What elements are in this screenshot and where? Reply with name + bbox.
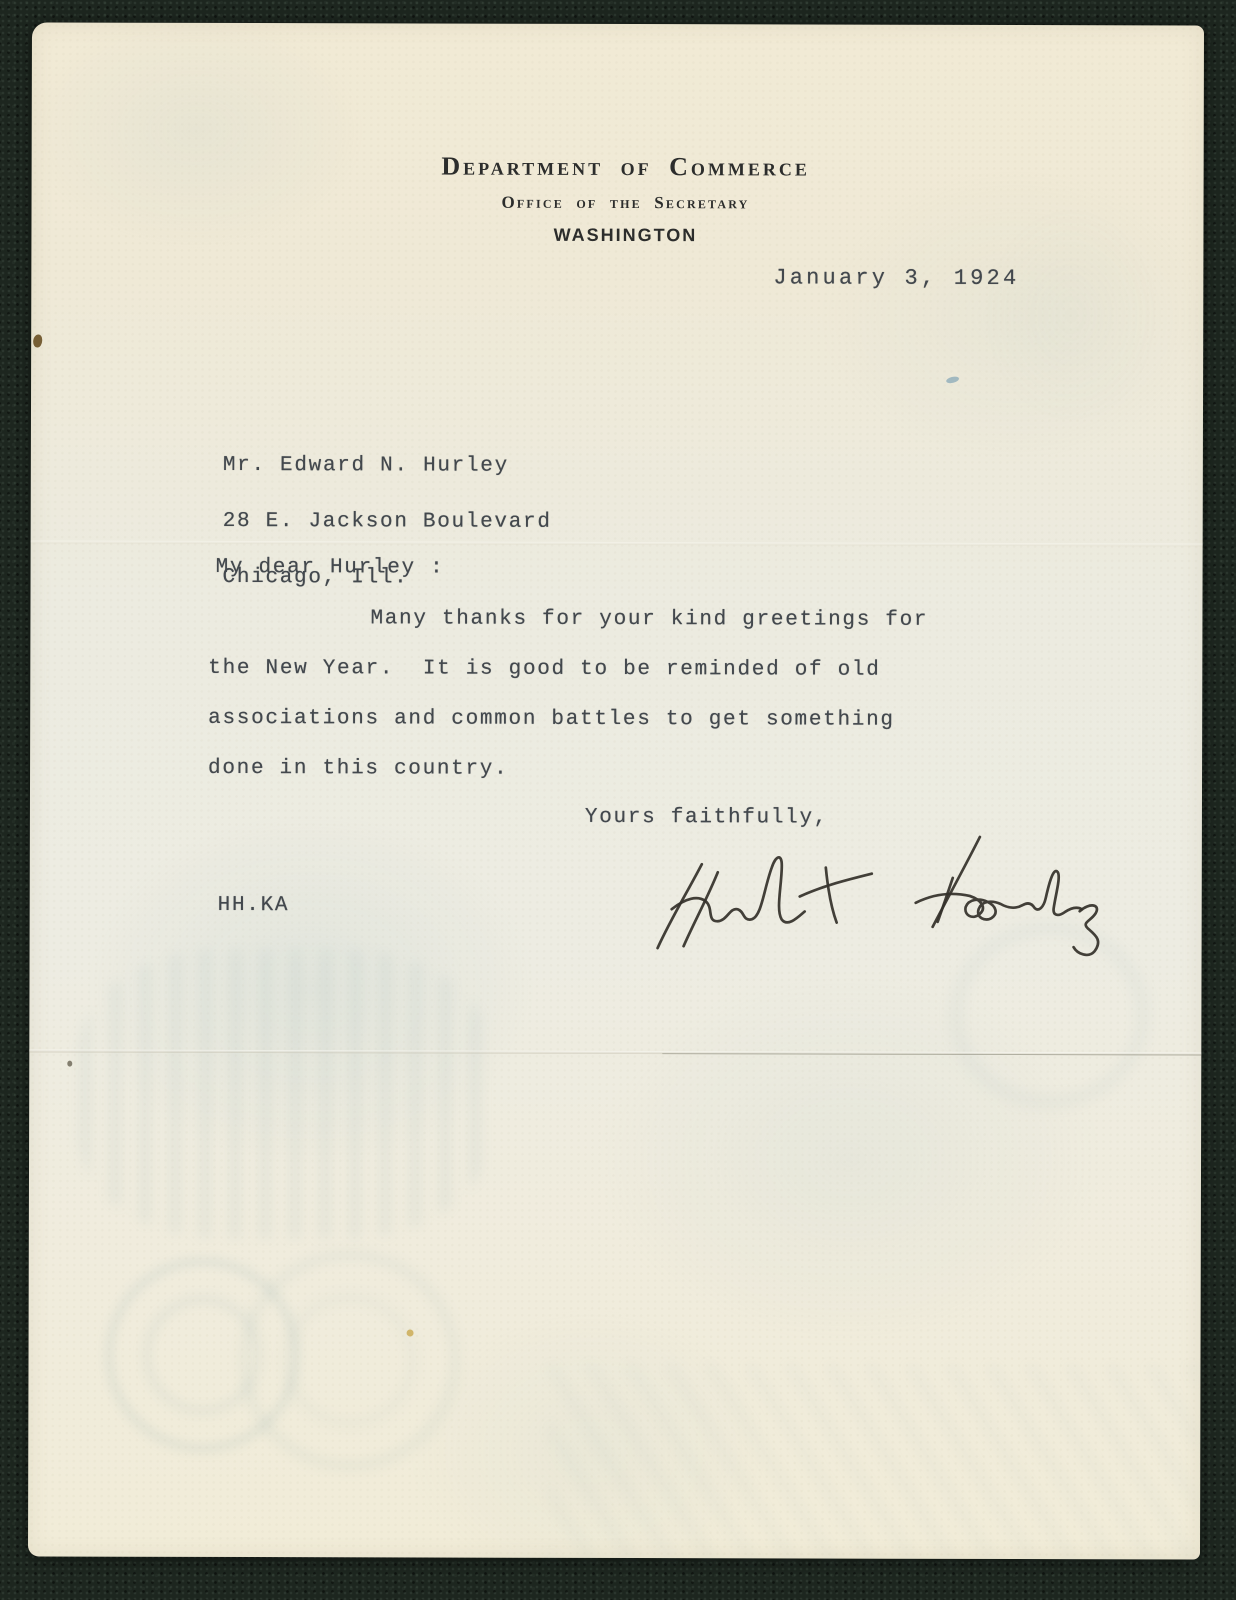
scan-mat-background: Department of Commerce Office of the Sec… [0,0,1236,1600]
body-line: associations and common battles to get s… [208,705,895,737]
letter-date: January 3, 1924 [773,264,1019,293]
bleedthrough-stamp [86,1239,319,1472]
letter-page: Department of Commerce Office of the Sec… [28,22,1204,1559]
fold-crease [29,1049,1201,1055]
paper-texture [28,22,1204,1559]
paper-speck [407,1329,414,1336]
typist-initials: HH.KA [218,892,290,920]
signature-herbert-hoover [630,809,1110,975]
letterhead: Department of Commerce Office of the Sec… [40,22,1212,25]
letterhead-office: Office of the Secretary [40,191,1212,214]
bleedthrough-stamp [218,1229,481,1492]
body-line: the New Year. It is good to be reminded … [208,655,880,687]
body-line: Many thanks for your kind greetings for [370,605,928,636]
recipient-name: Mr. Edward N. Hurley [223,454,509,478]
bleedthrough-stain [548,1364,1199,1566]
body-line: done in this country. [208,755,508,786]
paper-speck [33,334,42,347]
letterhead-department: Department of Commerce [40,150,1212,183]
fold-crease [31,540,1203,546]
bleedthrough-stain [79,949,490,1240]
salutation: My dear Hurley : [216,554,445,583]
paper-speck [67,1061,72,1067]
ink-speck [946,375,960,384]
signature-name: Herbert Hoover [32,22,33,23]
letterhead-city: WASHINGTON [39,223,1211,247]
recipient-street: 28 E. Jackson Boulevard [223,510,552,534]
